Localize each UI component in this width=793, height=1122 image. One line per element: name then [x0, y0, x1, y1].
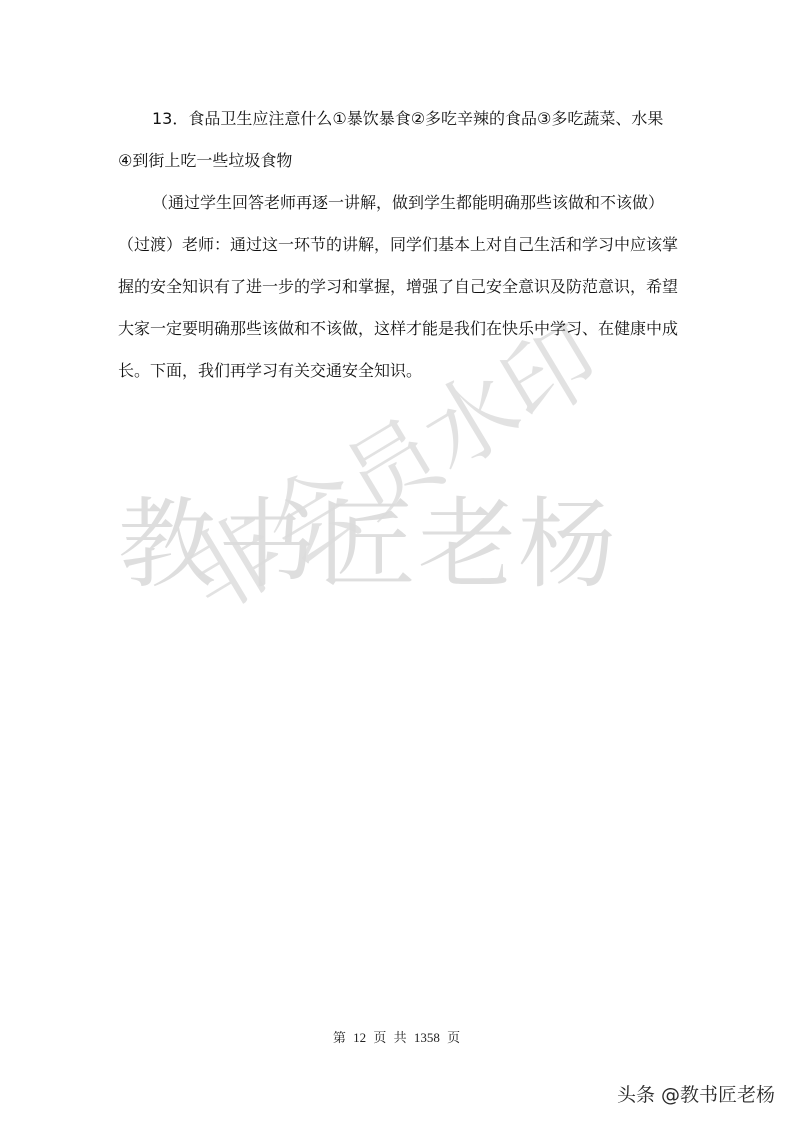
transition-paragraph: （过渡）老师：通过这一环节的讲解，同学们基本上对自己生活和学习中应该掌 握的安全…: [118, 224, 678, 392]
text-line: 13．食品卫生应注意什么①暴饮暴食②多吃辛辣的食品③多吃蔬菜、水果: [118, 98, 678, 140]
text-line: 大家一定要明确那些该做和不该做，这样才能是我们在快乐中学习、在健康中成: [118, 308, 678, 350]
document-page: 教书匠老杨 非会员水印 13．食品卫生应注意什么①暴饮暴食②多吃辛辣的食品③多吃…: [0, 0, 793, 1122]
document-body: 13．食品卫生应注意什么①暴饮暴食②多吃辛辣的食品③多吃蔬菜、水果 ④到街上吃一…: [118, 98, 678, 392]
explanation-paragraph: （通过学生回答老师再逐一讲解，做到学生都能明确那些该做和不该做）: [118, 182, 678, 224]
text-line: （通过学生回答老师再逐一讲解，做到学生都能明确那些该做和不该做）: [118, 182, 678, 224]
question-13-paragraph: 13．食品卫生应注意什么①暴饮暴食②多吃辛辣的食品③多吃蔬菜、水果 ④到街上吃一…: [118, 98, 678, 182]
text-line: 长。下面，我们再学习有关交通安全知识。: [118, 350, 678, 392]
text-line: ④到街上吃一些垃圾食物: [118, 140, 678, 182]
text-line: 握的安全知识有了进一步的学习和掌握，增强了自己安全意识及防范意识，希望: [118, 266, 678, 308]
watermark-author: 教书匠老杨: [118, 470, 678, 620]
text-line: （过渡）老师：通过这一环节的讲解，同学们基本上对自己生活和学习中应该掌: [118, 224, 678, 266]
source-attribution-badge: 头条 @教书匠老杨: [617, 1080, 775, 1107]
page-number-footer: 第 12 页 共 1358 页: [0, 1027, 793, 1046]
